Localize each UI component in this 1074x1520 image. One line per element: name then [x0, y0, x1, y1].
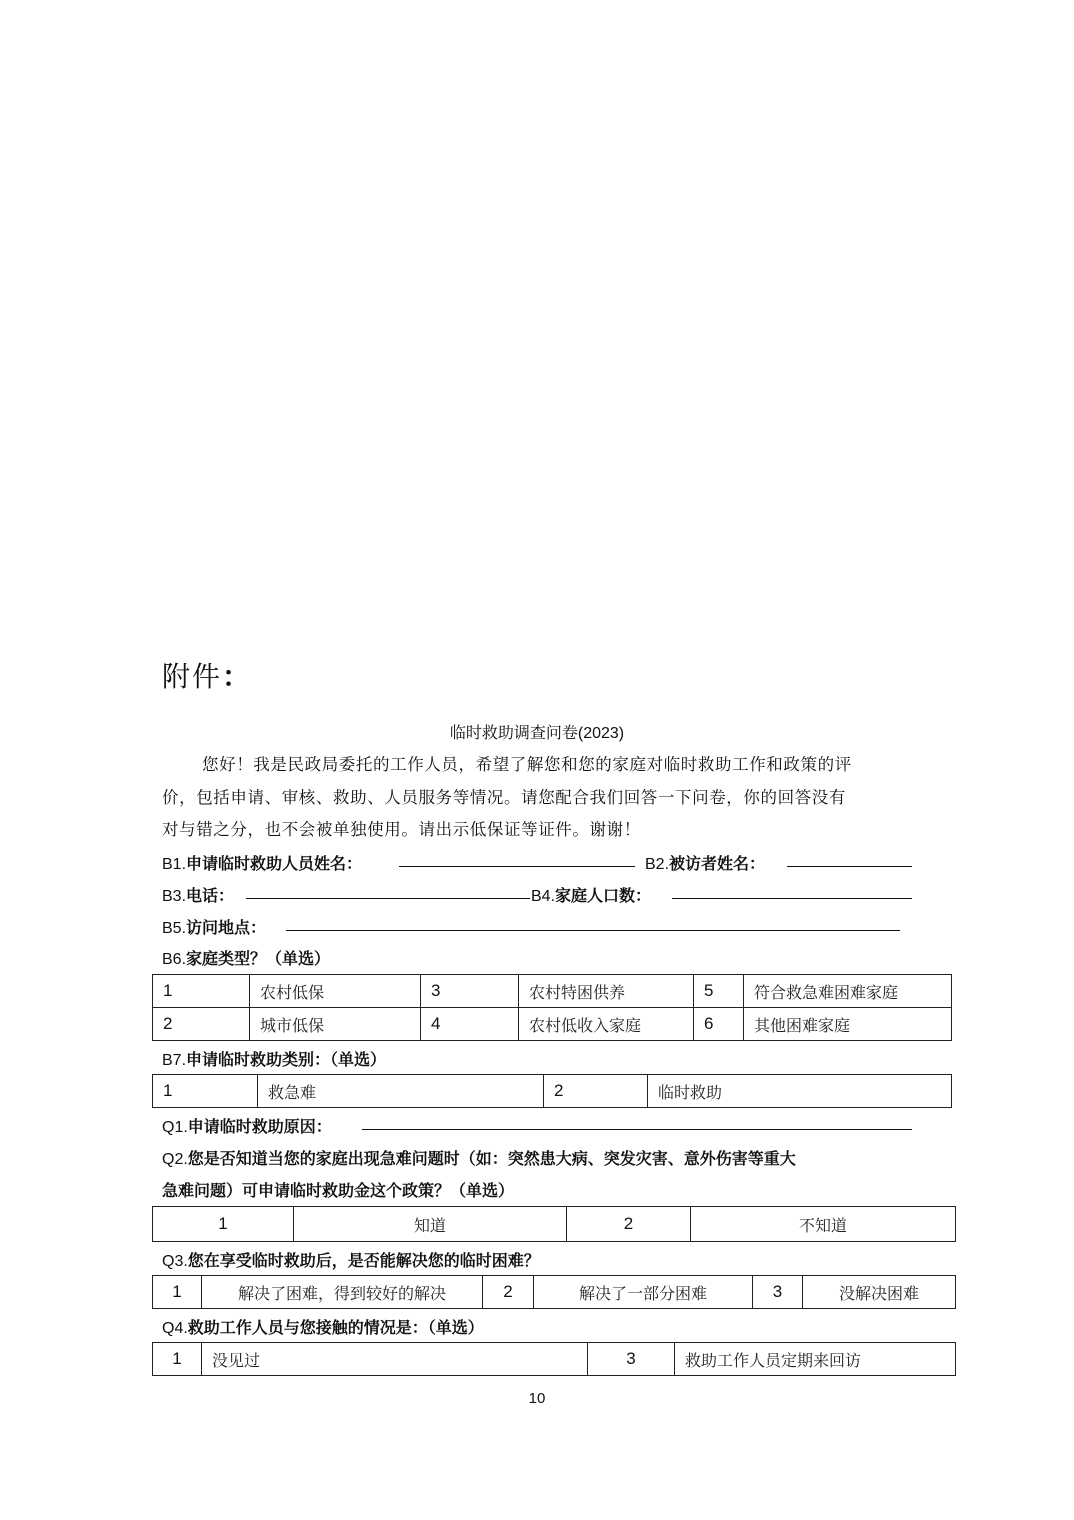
field-code: B3.	[162, 888, 186, 905]
title-text: 临时救助调查问卷	[450, 723, 578, 742]
field-b3: B3.电话：	[162, 883, 234, 906]
question-code: B7.	[162, 1052, 186, 1069]
option-label[interactable]: 农村低保	[250, 975, 421, 1008]
field-label: 申请临时救助人员姓名：	[186, 854, 362, 873]
table-row: 1 没见过 3 救助工作人员定期来回访	[153, 1343, 956, 1376]
question-code: Q4.	[162, 1320, 188, 1337]
option-label[interactable]: 其他困难家庭	[744, 1008, 952, 1041]
option-label[interactable]: 解决了一部分困难	[534, 1276, 753, 1309]
option-label[interactable]: 没解决困难	[803, 1276, 956, 1309]
question-q2-cont: 急难问题）可申请临时救助金这个政策？（单选）	[162, 1178, 514, 1201]
field-b4: B4.家庭人口数：	[531, 883, 651, 906]
table-row: 1 解决了困难，得到较好的解决 2 解决了一部分困难 3 没解决困难	[153, 1276, 956, 1309]
question-label: 家庭类型？（单选）	[186, 949, 330, 968]
attachment-text: 附件	[162, 660, 222, 693]
q2-options-table: 1 知道 2 不知道	[152, 1206, 956, 1242]
table-row: 1 农村低保 3 农村特困供养 5 符合救急难困难家庭	[153, 975, 952, 1008]
question-q4: Q4.救助工作人员与您接触的情况是：（单选）	[162, 1315, 484, 1338]
option-number[interactable]: 3	[753, 1276, 803, 1309]
q4-options-table: 1 没见过 3 救助工作人员定期来回访	[152, 1342, 956, 1376]
question-code: Q2.	[162, 1151, 188, 1168]
question-code: B6.	[162, 951, 186, 968]
option-label[interactable]: 农村特困供养	[519, 975, 694, 1008]
option-label[interactable]: 救助工作人员定期来回访	[675, 1343, 956, 1376]
option-number[interactable]: 2	[153, 1008, 250, 1041]
question-q2: Q2.您是否知道当您的家庭出现急难问题时（如：突然患大病、突发灾害、意外伤害等重…	[162, 1146, 796, 1169]
field-label: 访问地点：	[186, 918, 266, 937]
option-number[interactable]: 1	[153, 1075, 258, 1108]
option-label[interactable]: 临时救助	[648, 1075, 952, 1108]
option-number[interactable]: 1	[153, 1276, 202, 1309]
option-label[interactable]: 没见过	[202, 1343, 588, 1376]
field-b1: B1.申请临时救助人员姓名：	[162, 851, 362, 874]
b1-name-input[interactable]	[399, 852, 635, 867]
field-label: 申请临时救助原因：	[188, 1117, 332, 1136]
b3-phone-input[interactable]	[246, 884, 530, 899]
table-row: 2 城市低保 4 农村低收入家庭 6 其他困难家庭	[153, 1008, 952, 1041]
field-b2: B2.被访者姓名：	[645, 851, 765, 874]
option-label[interactable]: 救急难	[258, 1075, 544, 1108]
option-number[interactable]: 1	[153, 975, 250, 1008]
attachment-label: 附件：	[162, 655, 252, 695]
b5-location-input[interactable]	[286, 916, 900, 931]
option-number[interactable]: 2	[544, 1075, 648, 1108]
option-number[interactable]: 5	[694, 975, 744, 1008]
question-b6: B6.家庭类型？（单选）	[162, 946, 330, 969]
table-row: 1 救急难 2 临时救助	[153, 1075, 952, 1108]
document-title: 临时救助调查问卷(2023)	[0, 720, 1074, 743]
intro-line: 您好！我是民政局委托的工作人员，希望了解您和您的家庭对临时救助工作和政策的评	[162, 749, 922, 782]
option-number[interactable]: 3	[588, 1343, 675, 1376]
field-label: 被访者姓名：	[669, 854, 765, 873]
intro-line: 对与错之分，也不会被单独使用。请出示低保证等证件。谢谢！	[162, 814, 922, 847]
table-row: 1 知道 2 不知道	[153, 1207, 956, 1242]
question-label: 您是否知道当您的家庭出现急难问题时（如：突然患大病、突发灾害、意外伤害等重大	[188, 1149, 796, 1168]
field-label: 家庭人口数：	[555, 886, 651, 905]
option-label[interactable]: 农村低收入家庭	[519, 1008, 694, 1041]
option-number[interactable]: 3	[421, 975, 519, 1008]
question-label: 急难问题）可申请临时救助金这个政策？（单选）	[162, 1181, 514, 1200]
q3-options-table: 1 解决了困难，得到较好的解决 2 解决了一部分困难 3 没解决困难	[152, 1275, 956, 1309]
option-number[interactable]: 2	[567, 1207, 691, 1242]
intro-line: 价，包括申请、审核、救助、人员服务等情况。请您配合我们回答一下问卷，你的回答没有	[162, 782, 922, 815]
option-label[interactable]: 解决了困难，得到较好的解决	[202, 1276, 483, 1309]
field-code: B1.	[162, 856, 186, 873]
field-code: B5.	[162, 920, 186, 937]
question-q3: Q3.您在享受临时救助后，是否能解决您的临时困难？	[162, 1248, 540, 1271]
intro-paragraph: 您好！我是民政局委托的工作人员，希望了解您和您的家庭对临时救助工作和政策的评 价…	[162, 749, 922, 847]
option-number[interactable]: 1	[153, 1207, 294, 1242]
field-q1: Q1.申请临时救助原因：	[162, 1114, 332, 1137]
attachment-colon: ：	[222, 660, 252, 693]
field-label: 电话：	[186, 886, 234, 905]
option-label[interactable]: 知道	[294, 1207, 567, 1242]
option-label[interactable]: 符合救急难困难家庭	[744, 975, 952, 1008]
option-number[interactable]: 1	[153, 1343, 202, 1376]
q1-reason-input[interactable]	[362, 1115, 912, 1130]
title-year: (2023)	[578, 725, 624, 742]
option-label[interactable]: 不知道	[691, 1207, 956, 1242]
question-label: 申请临时救助类别：（单选）	[186, 1050, 386, 1069]
b2-interviewee-input[interactable]	[787, 852, 912, 867]
b4-household-size-input[interactable]	[672, 884, 912, 899]
option-number[interactable]: 2	[483, 1276, 534, 1309]
b6-options-table: 1 农村低保 3 农村特困供养 5 符合救急难困难家庭 2 城市低保 4 农村低…	[152, 974, 952, 1041]
field-code: B4.	[531, 888, 555, 905]
question-label: 您在享受临时救助后，是否能解决您的临时困难？	[188, 1251, 540, 1270]
field-code: B2.	[645, 856, 669, 873]
question-b7: B7.申请临时救助类别：（单选）	[162, 1047, 386, 1070]
b7-options-table: 1 救急难 2 临时救助	[152, 1074, 952, 1108]
field-b5: B5.访问地点：	[162, 915, 266, 938]
option-number[interactable]: 6	[694, 1008, 744, 1041]
field-code: Q1.	[162, 1119, 188, 1136]
question-label: 救助工作人员与您接触的情况是：（单选）	[188, 1318, 484, 1337]
question-code: Q3.	[162, 1253, 188, 1270]
option-label[interactable]: 城市低保	[250, 1008, 421, 1041]
page-number: 10	[0, 1390, 1074, 1407]
option-number[interactable]: 4	[421, 1008, 519, 1041]
